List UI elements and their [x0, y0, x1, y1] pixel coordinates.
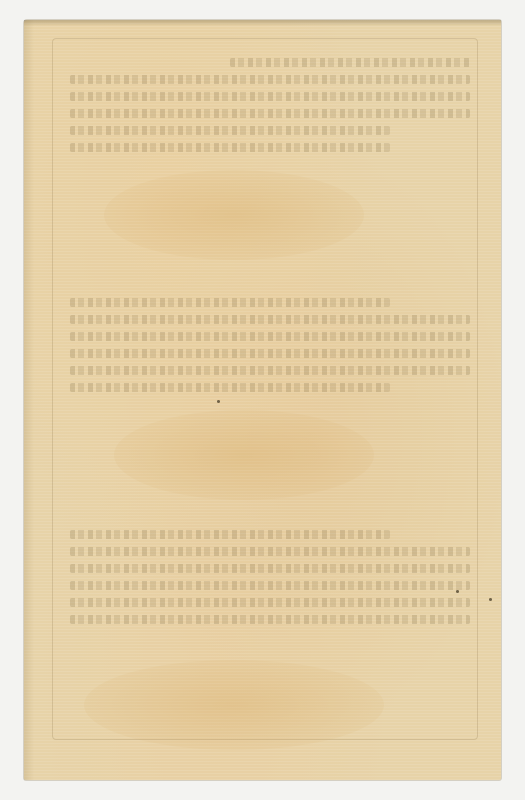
- bleed-text-block-bottom: [70, 530, 470, 632]
- ink-speck: [456, 590, 459, 593]
- stain: [104, 170, 364, 260]
- stain: [84, 660, 384, 750]
- bleed-text-line: [70, 332, 470, 341]
- paper-left-edge: [24, 20, 34, 780]
- bleed-text-line: [70, 298, 390, 307]
- bleed-text-line: [70, 92, 470, 101]
- bleed-text-line: [70, 143, 390, 152]
- bleed-text-line: [70, 615, 470, 624]
- ink-speck: [217, 400, 220, 403]
- bleed-text-line: [70, 315, 470, 324]
- bleed-text-line: [70, 109, 470, 118]
- paper-sheet: [24, 20, 501, 780]
- bleed-text-line: [70, 581, 470, 590]
- bleed-text-line: [230, 58, 470, 67]
- bleed-text-line: [70, 564, 470, 573]
- bleed-text-line: [70, 75, 470, 84]
- bleed-text-line: [70, 349, 470, 358]
- bleed-text-line: [70, 366, 470, 375]
- bleed-text-line: [70, 383, 390, 392]
- bleed-text-line: [70, 547, 470, 556]
- bleed-text-line: [70, 598, 470, 607]
- bleed-text-line: [70, 126, 390, 135]
- bleed-text-line: [70, 530, 390, 539]
- bleed-text-block-middle: [70, 298, 470, 400]
- paper-top-edge: [24, 20, 501, 26]
- bleed-text-block-top: [70, 58, 470, 160]
- stain: [114, 410, 374, 500]
- ink-speck: [489, 598, 492, 601]
